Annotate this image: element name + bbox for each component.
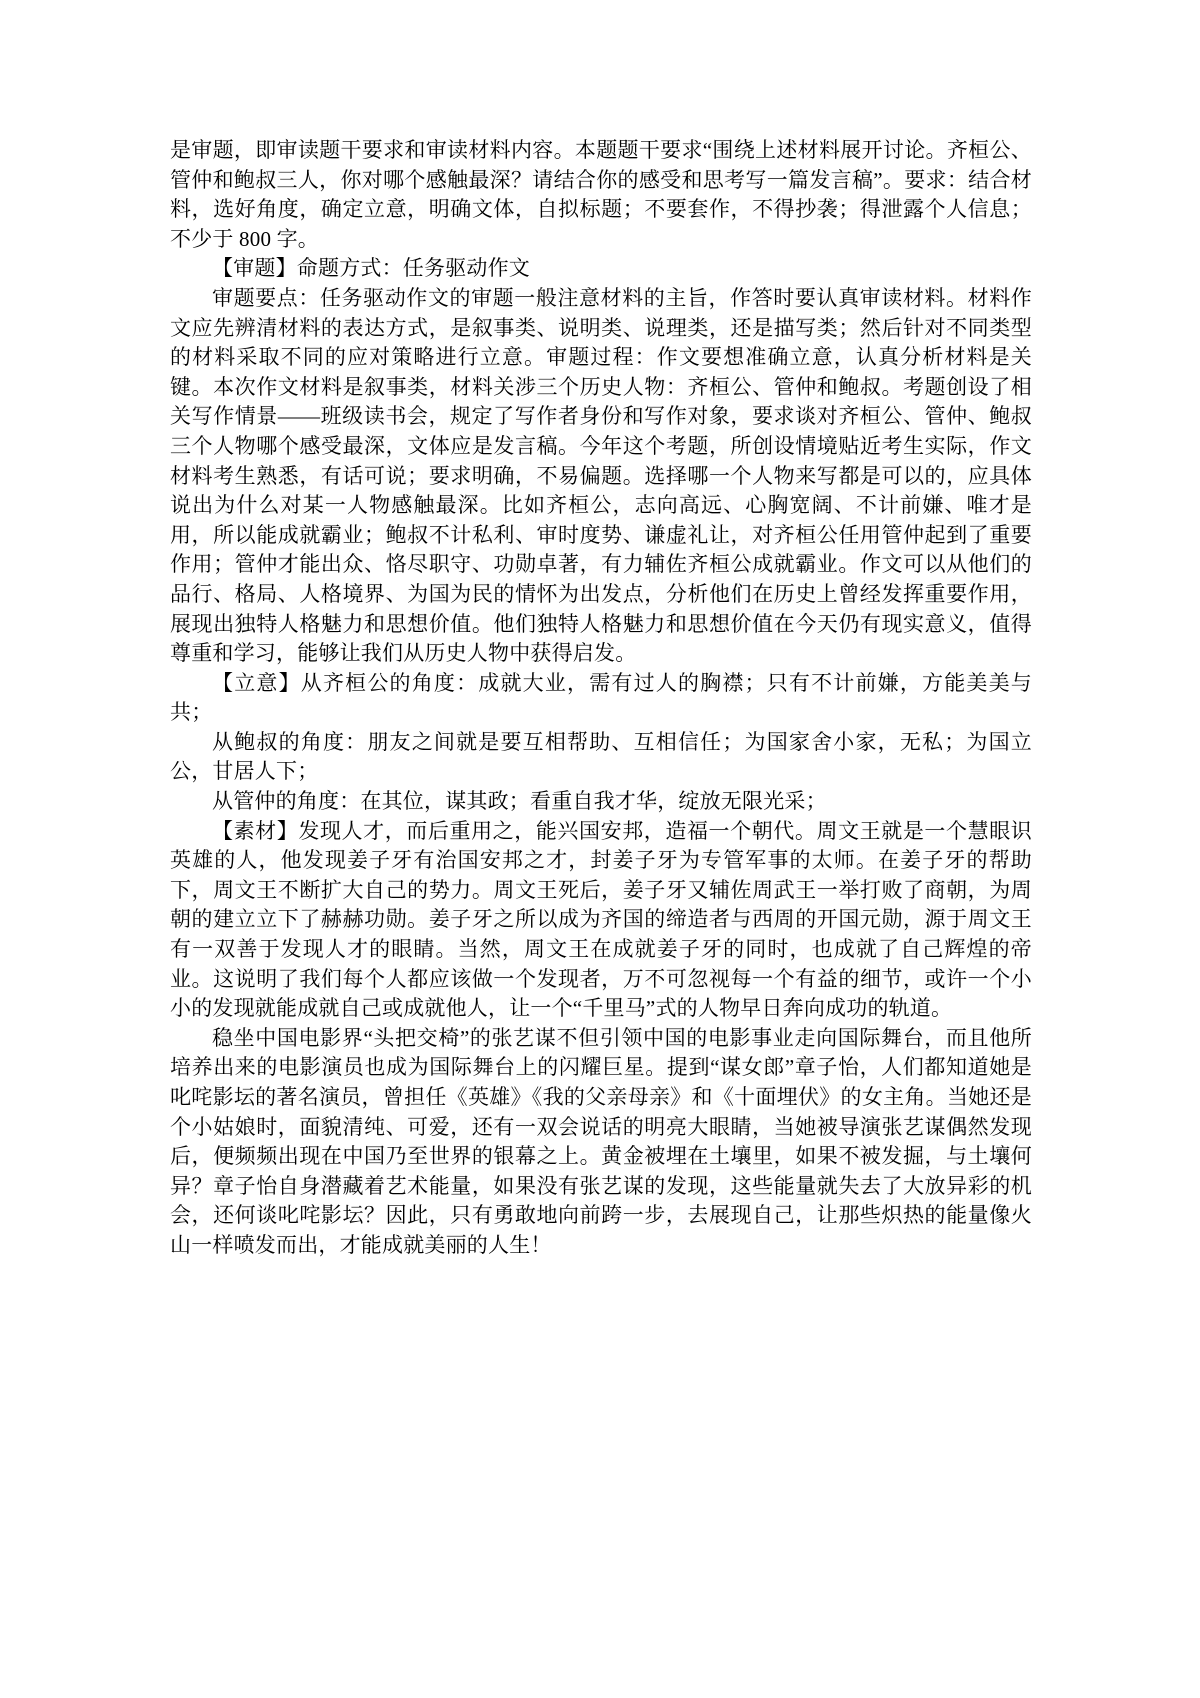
document-page: 是审题，即审读题干要求和审读材料内容。本题题干要求“围绕上述材料展开讨论。齐桓公… — [0, 0, 1200, 1698]
paragraph-continuation: 是审题，即审读题干要求和审读材料内容。本题题干要求“围绕上述材料展开讨论。齐桓公… — [170, 136, 1032, 254]
paragraph-shenti-points: 审题要点：任务驱动作文的审题一般注意材料的主旨，作答时要认真审读材料。材料作文应… — [170, 284, 1032, 669]
paragraph-sucai-zhangyimou: 稳坐中国电影界“头把交椅”的张艺谋不但引领中国的电影事业走向国际舞台，而且他所培… — [170, 1024, 1032, 1261]
paragraph-liyi-baoshu: 从鲍叔的角度：朋友之间就是要互相帮助、互相信任；为国家舍小家，无私；为国立公，甘… — [170, 728, 1032, 787]
paragraph-liyi-guanzhong: 从管仲的角度：在其位，谋其政；看重自我才华，绽放无限光采； — [170, 787, 1032, 817]
paragraph-shenti-heading: 【审题】命题方式：任务驱动作文 — [170, 254, 1032, 284]
paragraph-sucai-zhouwenwang: 【素材】发现人才，而后重用之，能兴国安邦，造福一个朝代。周文王就是一个慧眼识英雄… — [170, 817, 1032, 1024]
document-body: 是审题，即审读题干要求和审读材料内容。本题题干要求“围绕上述材料展开讨论。齐桓公… — [170, 136, 1032, 1261]
paragraph-liyi-qihuangong: 【立意】从齐桓公的角度：成就大业，需有过人的胸襟；只有不计前嫌，方能美美与共； — [170, 669, 1032, 728]
